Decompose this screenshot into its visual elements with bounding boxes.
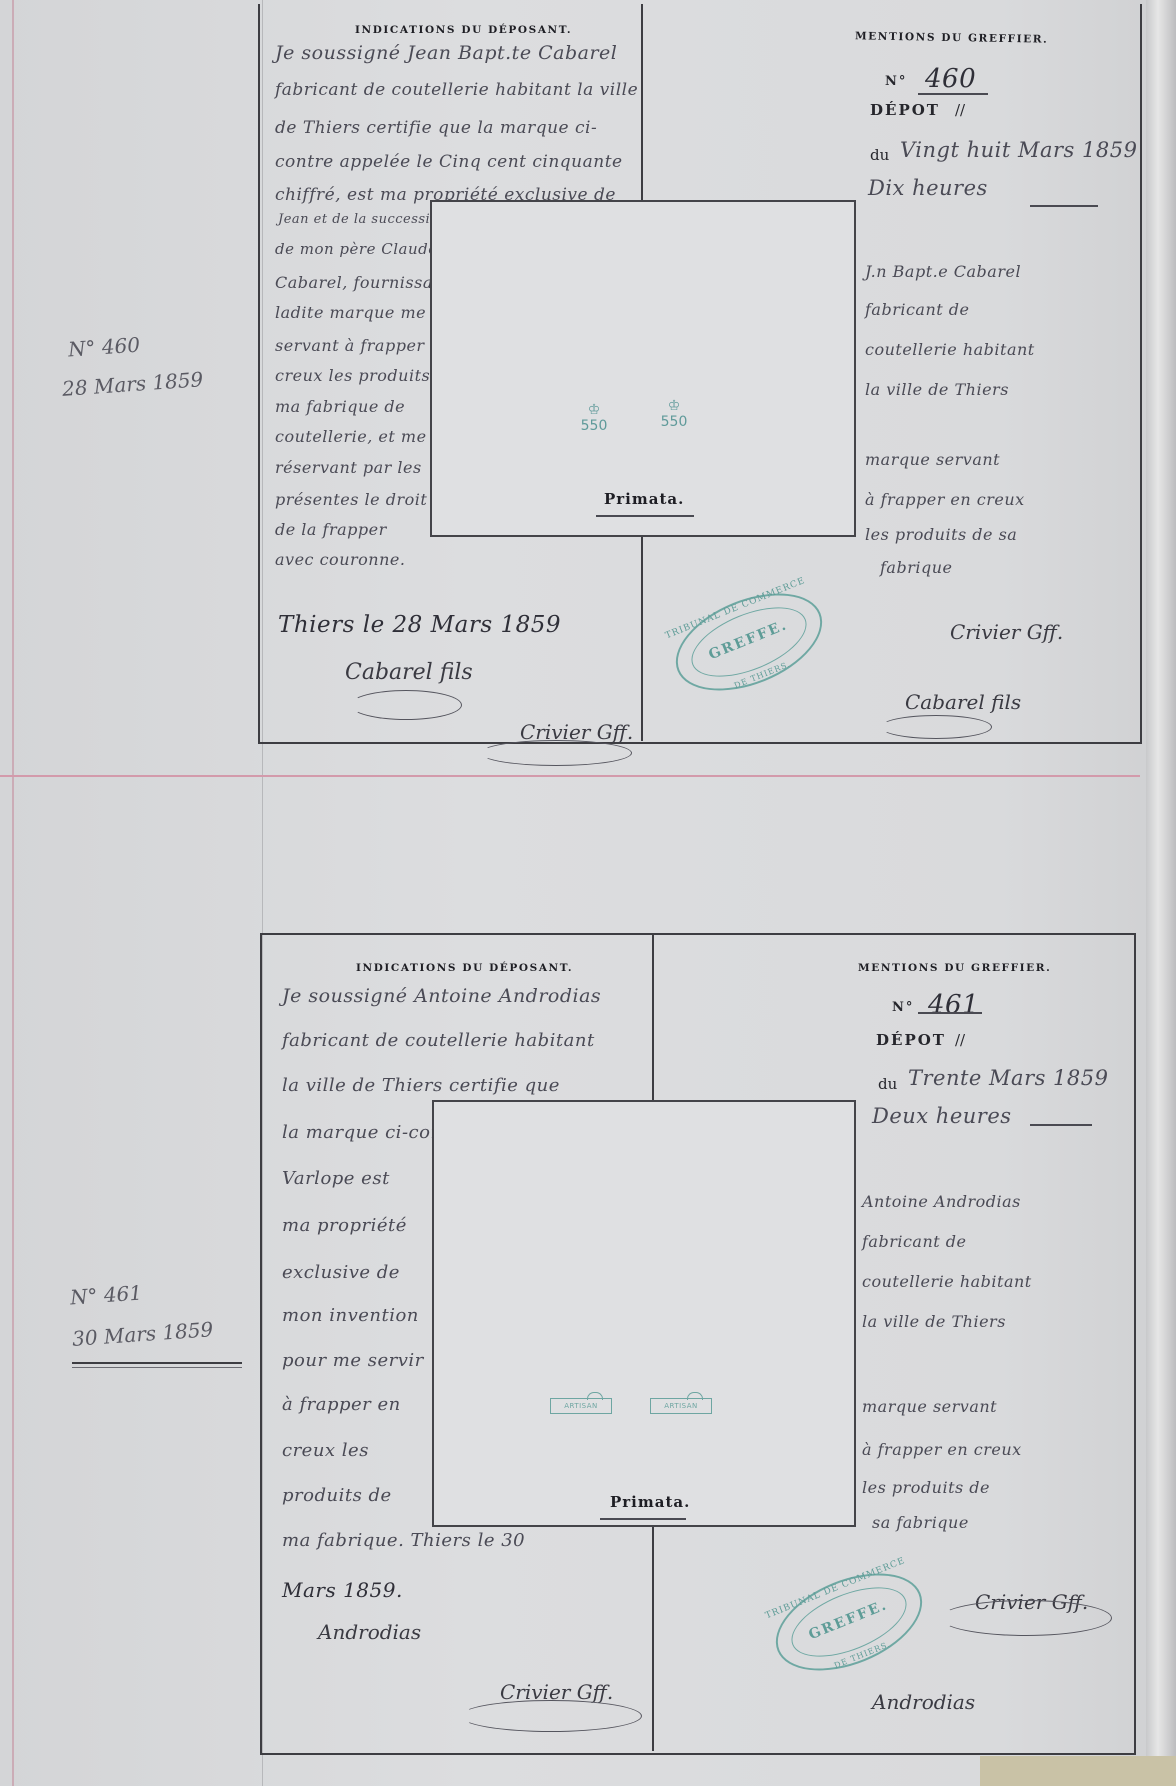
mark-impression-box: ♔550 ♔550 Primata.: [430, 200, 856, 537]
depot-label: DÉPOT: [870, 101, 940, 119]
artisan-plane-mark-impression: ARTISAN: [550, 1398, 612, 1414]
signature-flourish: [460, 1700, 642, 1732]
note-line: sa fabrique: [872, 1513, 969, 1532]
du-label: du: [878, 1075, 897, 1093]
text-line: exclusive de: [282, 1262, 400, 1283]
numero-value: 460: [925, 64, 976, 94]
note-line: à frapper en creux: [862, 1440, 1022, 1459]
text-line: réservant par les: [275, 458, 422, 477]
deposit-date: Trente Mars 1859: [908, 1066, 1109, 1090]
numero-label: N°: [885, 74, 907, 89]
text-line: avec couronne.: [275, 550, 405, 569]
note-line: marque servant: [865, 450, 1000, 469]
crown-mark-impression: ♔550: [574, 402, 614, 434]
signature-flourish: [940, 1600, 1112, 1636]
note-line: marque servant: [862, 1397, 997, 1416]
mark-number: 550: [574, 418, 614, 434]
note-line: les produits de: [862, 1478, 990, 1497]
depot-ditto-mark: //: [955, 101, 965, 119]
clerk-signature-right: Crivier Gff.: [950, 620, 1063, 644]
deposit-hour: Deux heures: [872, 1104, 1012, 1128]
note-line: les produits de sa: [865, 525, 1017, 544]
numero-underline: [918, 1012, 982, 1014]
note-line: coutellerie habitant: [862, 1272, 1032, 1291]
text-line: creux les: [282, 1440, 369, 1461]
depot-ditto-mark: //: [955, 1031, 965, 1049]
text-line: Mars 1859.: [282, 1578, 403, 1602]
du-label: du: [870, 146, 889, 164]
margin-date: 28 Mars 1859: [61, 367, 204, 401]
table-surface: [980, 1756, 1176, 1786]
note-line: la ville de Thiers: [865, 380, 1009, 399]
mark-number: 550: [654, 414, 694, 430]
clerk-header: MENTIONS DU GREFFIER.: [858, 962, 1051, 974]
crown-mark-impression: ♔550: [654, 398, 694, 430]
column-divider-bottom: [652, 1521, 654, 1751]
column-divider-bottom: [641, 533, 643, 741]
note-line: la ville de Thiers: [862, 1312, 1006, 1331]
declarant-signature: Cabarel fils: [345, 660, 473, 685]
text-line: Je soussigné Jean Bapt.te Cabarel: [275, 42, 617, 64]
note-line: fabricant de: [865, 300, 970, 319]
text-line: ladite marque me: [275, 303, 426, 322]
column-divider-top: [641, 4, 643, 200]
text-line: ma fabrique. Thiers le 30: [282, 1530, 525, 1551]
text-line: présentes le droit: [275, 490, 427, 509]
margin-number: N° 461: [69, 1281, 143, 1310]
note-line: Antoine Androdias: [862, 1192, 1021, 1211]
margin-double-rule: [72, 1362, 242, 1368]
depositor-header: INDICATIONS DU DÉPOSANT.: [356, 962, 573, 974]
place-date: Thiers le 28 Mars 1859: [278, 612, 561, 638]
text-line: Cabarel, fournissant: [275, 273, 451, 292]
signature-flourish: [880, 715, 992, 739]
text-line: coutellerie, et me: [275, 427, 427, 446]
text-line: Jean et de la succession: [278, 212, 447, 227]
register-page: N° 460 28 Mars 1859 INDICATIONS DU DÉPOS…: [0, 0, 1176, 1786]
declarant-signature: Androdias: [318, 1620, 421, 1644]
hour-rule: [1030, 205, 1098, 207]
artisan-plane-mark-impression: ARTISAN: [650, 1398, 712, 1414]
margin-number: N° 460: [67, 333, 141, 362]
deposit-date: Vingt huit Mars 1859: [900, 138, 1137, 162]
entry-separator-rule: [0, 775, 1140, 777]
numero-underline: [918, 93, 988, 95]
note-line: J.n Bapt.e Cabarel: [865, 262, 1021, 281]
signature-flourish: [480, 740, 632, 766]
depositor-header: INDICATIONS DU DÉPOSANT.: [355, 24, 572, 36]
text-line: de mon père Claude: [275, 240, 438, 258]
column-divider-top: [652, 933, 654, 1101]
text-line: Varlope est: [282, 1168, 390, 1189]
text-line: fabricant de coutellerie habitant la vil…: [275, 80, 638, 100]
caption-underline: [600, 1518, 686, 1520]
text-line: de Thiers certifie que la marque ci-: [275, 118, 597, 138]
note-line: coutellerie habitant: [865, 340, 1035, 359]
note-line: fabricant de: [862, 1232, 967, 1251]
deposit-hour: Dix heures: [868, 176, 988, 200]
signature-flourish: [350, 690, 462, 720]
text-line: Je soussigné Antoine Androdias: [282, 985, 601, 1007]
text-line: de la frapper: [275, 520, 387, 539]
margin-date: 30 Mars 1859: [71, 1317, 214, 1351]
book-binding-edge: [1146, 0, 1176, 1786]
text-line: la ville de Thiers certifie que: [282, 1075, 560, 1096]
note-line: fabrique: [880, 558, 952, 577]
numero-value: 461: [928, 990, 979, 1020]
depositor-signature-right: Androdias: [872, 1690, 975, 1714]
note-line: à frapper en creux: [865, 490, 1025, 509]
text-line: produits de: [282, 1485, 392, 1506]
text-line: mon invention: [282, 1305, 419, 1326]
text-line: servant à frapper en: [275, 336, 451, 355]
text-line: ma propriété: [282, 1215, 407, 1236]
mark-caption: Primata.: [604, 490, 684, 508]
hour-rule: [1030, 1124, 1092, 1126]
caption-underline: [596, 515, 694, 517]
text-line: ma fabrique de: [275, 397, 405, 416]
mark-caption: Primata.: [610, 1493, 690, 1511]
text-line: à frapper en: [282, 1394, 401, 1415]
text-line: contre appelée le Cinq cent cinquante: [275, 152, 623, 172]
text-line: pour me servir: [282, 1350, 424, 1371]
numero-label: N°: [892, 1000, 914, 1015]
mark-impression-box: ARTISAN ARTISAN Primata.: [432, 1100, 856, 1527]
depositor-signature-right: Cabarel fils: [905, 690, 1021, 714]
text-line: fabricant de coutellerie habitant: [282, 1030, 595, 1051]
depot-label: DÉPOT: [876, 1031, 946, 1049]
left-margin-rule: [12, 0, 14, 1786]
